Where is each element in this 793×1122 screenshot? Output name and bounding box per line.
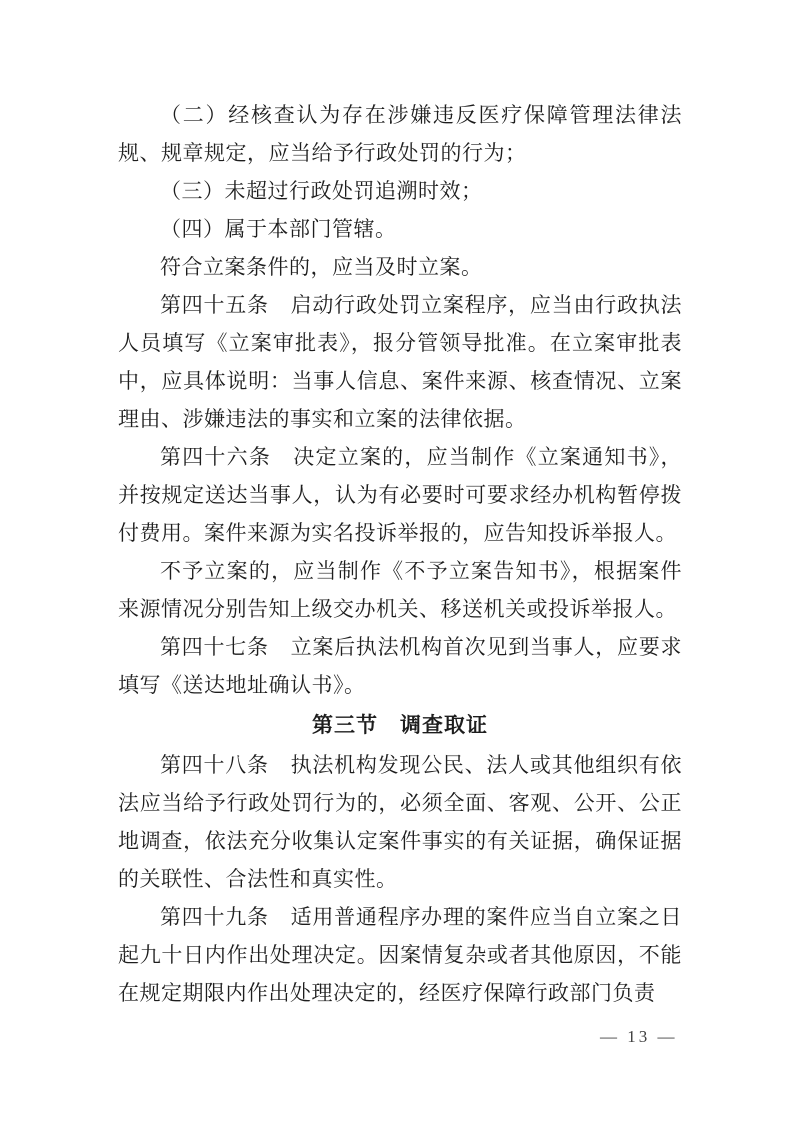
page-number: — 13 — [600, 1026, 678, 1048]
paragraph-article-45: 第四十五条 启动行政处罚立案程序，应当由行政执法人员填写《立案审批表》，报分管领… [118, 286, 682, 438]
paragraph-item-4: （四）属于本部门管辖。 [118, 210, 682, 248]
paragraph-article-49: 第四十九条 适用普通程序办理的案件应当自立案之日起九十日内作出处理决定。因案情复… [118, 898, 682, 1012]
document-text-block: （二）经核查认为存在涉嫌违反医疗保障管理法律法规、规章规定，应当给予行政处罚的行… [118, 96, 682, 1012]
paragraph-article-47: 第四十七条 立案后执法机构首次见到当事人，应要求填写《送达地址确认书》。 [118, 628, 682, 704]
paragraph-article-48: 第四十八条 执法机构发现公民、法人或其他组织有依法应当给予行政处罚行为的，必须全… [118, 746, 682, 898]
document-page: （二）经核查认为存在涉嫌违反医疗保障管理法律法规、规章规定，应当给予行政处罚的行… [0, 0, 793, 1122]
paragraph-no-filing: 不予立案的，应当制作《不予立案告知书》，根据案件来源情况分别告知上级交办机关、移… [118, 552, 682, 628]
paragraph-filing-note: 符合立案条件的，应当及时立案。 [118, 248, 682, 286]
paragraph-item-3: （三）未超过行政处罚追溯时效； [118, 172, 682, 210]
section-heading: 第三节 调查取证 [118, 706, 682, 744]
paragraph-article-46: 第四十六条 决定立案的，应当制作《立案通知书》，并按规定送达当事人，认为有必要时… [118, 438, 682, 552]
paragraph-item-2: （二）经核查认为存在涉嫌违反医疗保障管理法律法规、规章规定，应当给予行政处罚的行… [118, 96, 682, 172]
